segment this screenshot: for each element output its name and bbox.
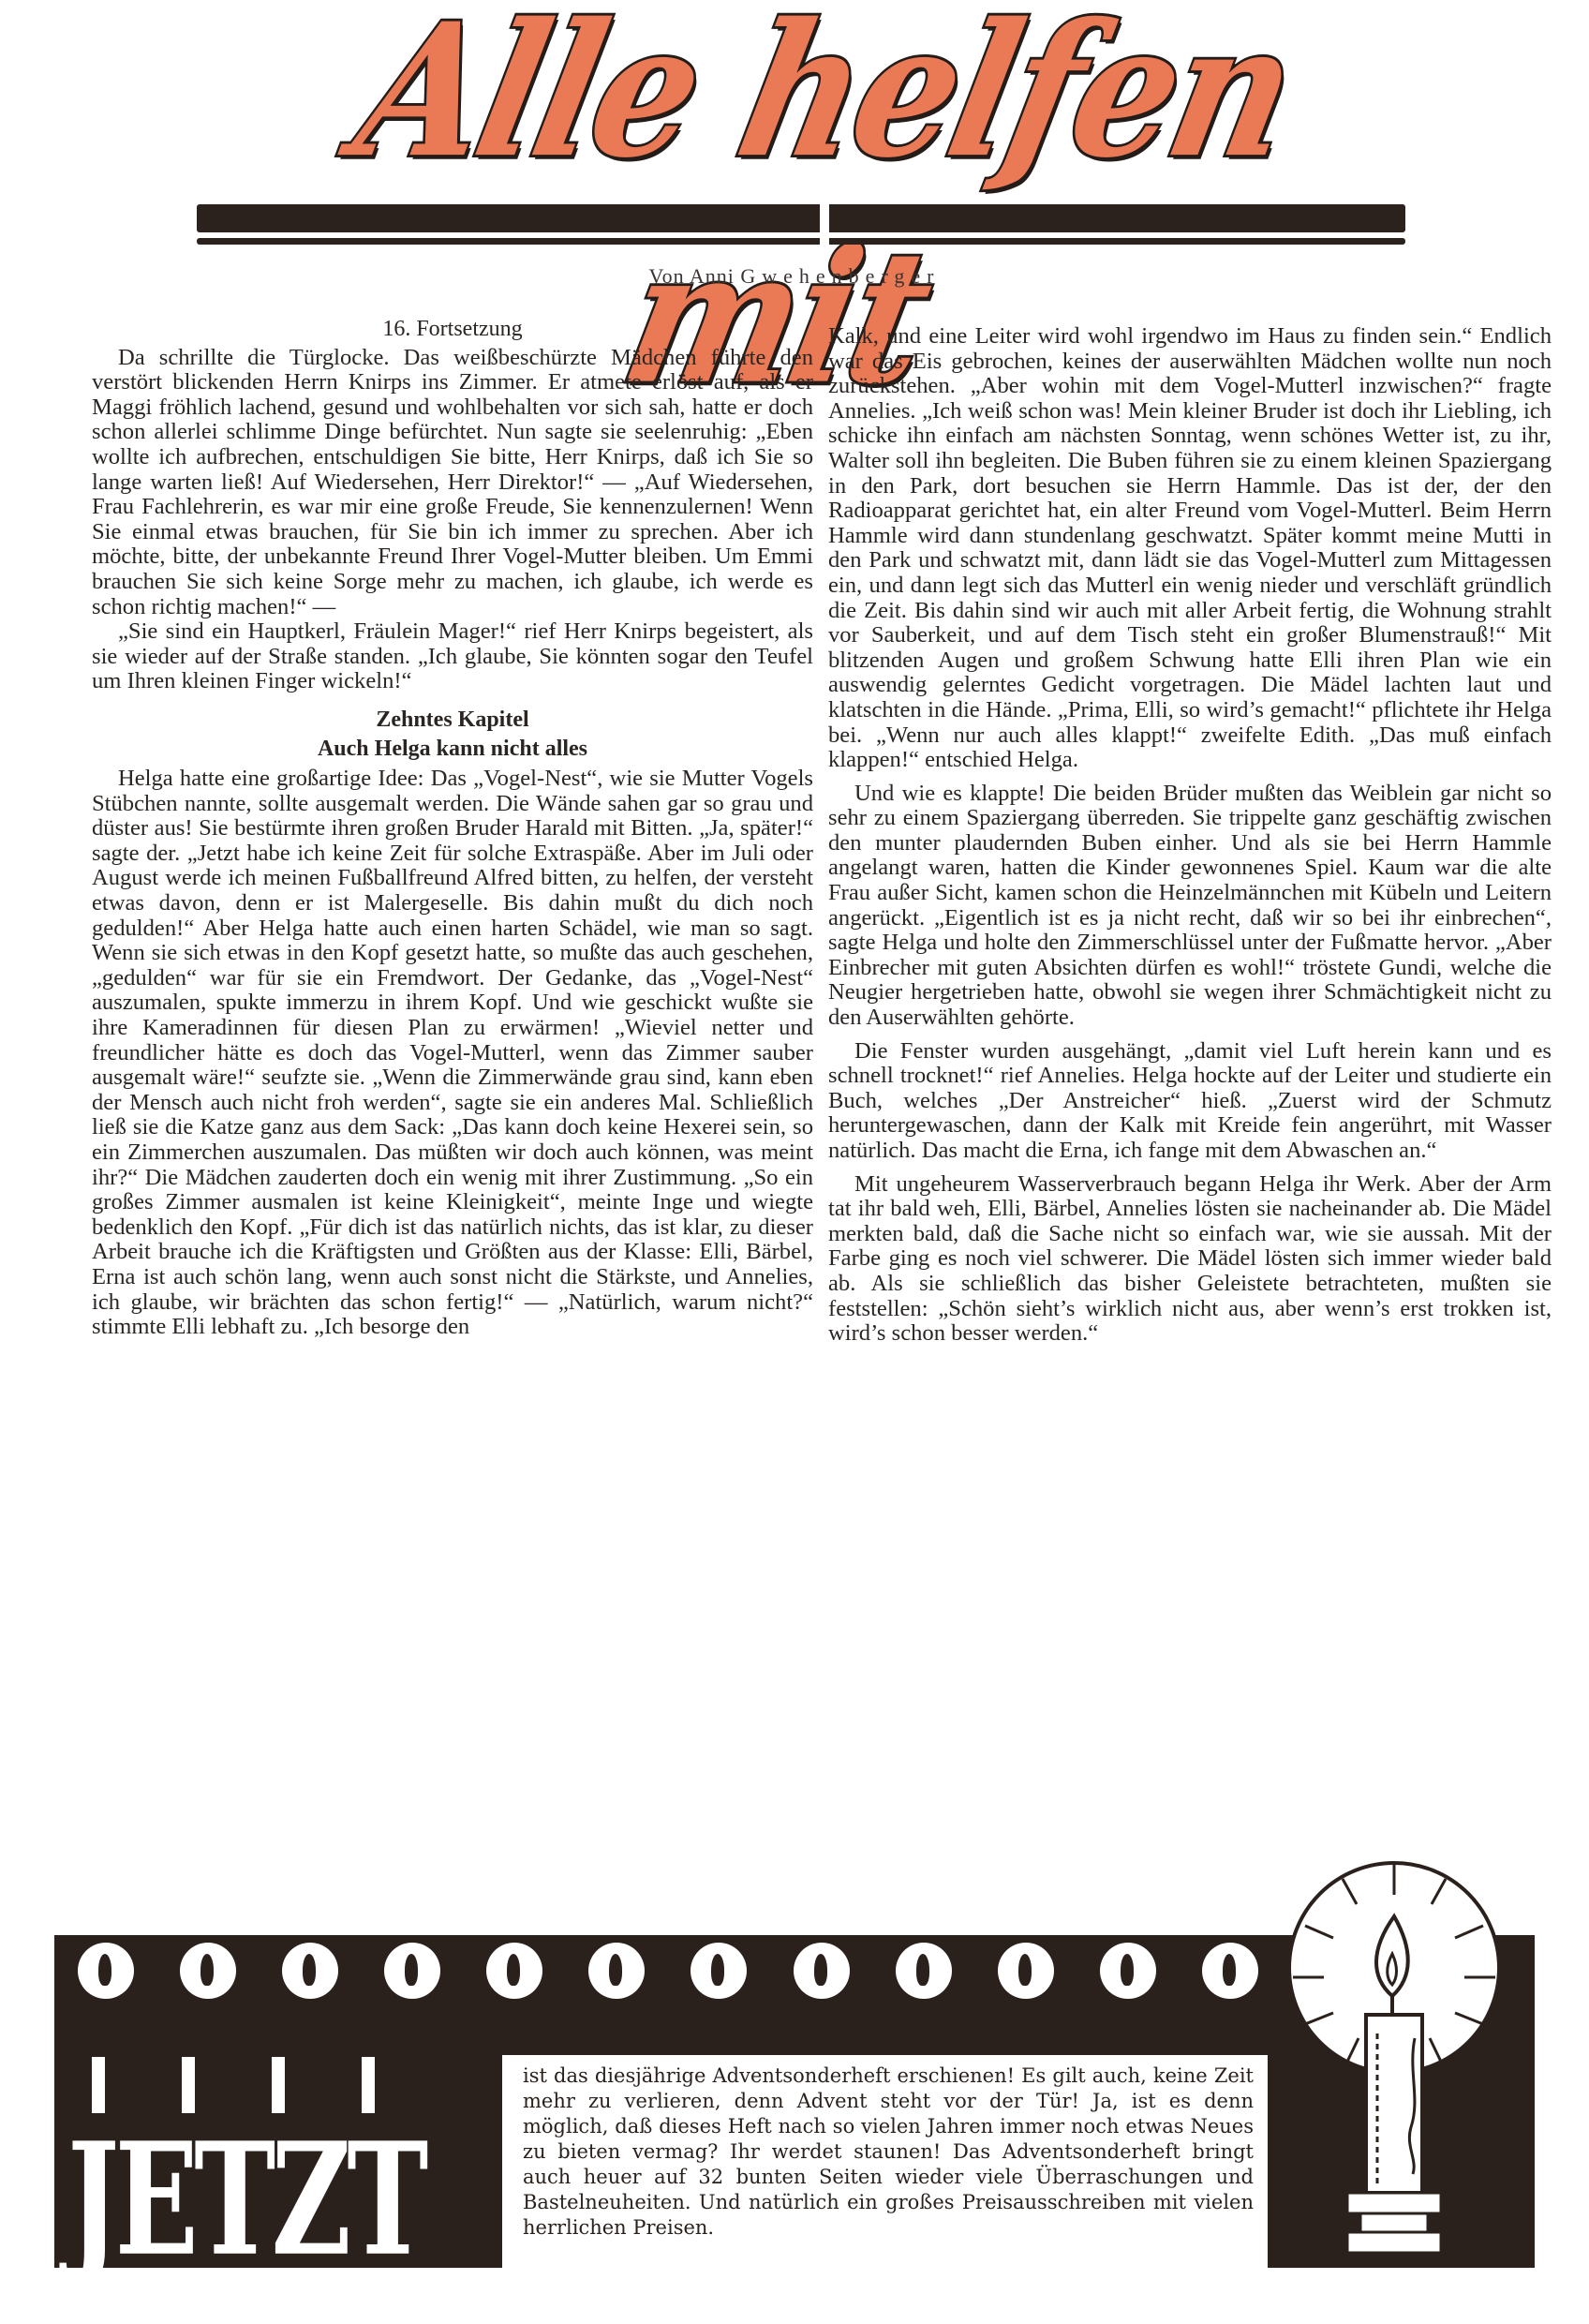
candle-flame-icon bbox=[789, 1935, 854, 2019]
candle-flame-icon bbox=[379, 1935, 445, 2019]
candle-flame-icon bbox=[482, 1935, 547, 2019]
paragraph: Und wie es klappte! Die beiden Brüder mu… bbox=[828, 782, 1552, 1031]
continuation-label: 16. Fortsetzung bbox=[92, 317, 813, 342]
ad-body: ist das diesjährige Adventsonderheft ers… bbox=[523, 2063, 1254, 2241]
candle-flame-icon bbox=[73, 1935, 139, 2019]
chapter-title: Zehntes Kapitel bbox=[92, 708, 813, 733]
candle-flame-icon bbox=[1095, 1935, 1161, 2019]
candle-flame-icon bbox=[175, 1935, 241, 2019]
ad-headline: JETZT bbox=[67, 2123, 400, 2277]
candle-flame-icon bbox=[1197, 1935, 1263, 2019]
paragraph: Kalk, und eine Leiter wird wohl irgendwo… bbox=[828, 324, 1552, 773]
title-underline-thin bbox=[197, 238, 1405, 245]
chapter-subtitle: Auch Helga kann nicht alles bbox=[92, 737, 813, 762]
candle-flame-icon bbox=[686, 1935, 751, 2019]
title-underline-gap bbox=[820, 195, 829, 261]
paragraph: Mit ungeheurem Wasserverbrauch begann He… bbox=[828, 1172, 1552, 1347]
article-right-column: Kalk, und eine Leiter wird wohl irgendwo… bbox=[828, 324, 1552, 1347]
title-underline-bar bbox=[197, 204, 1405, 232]
paragraph: Da schrillte die Türglocke. Das weißbesc… bbox=[92, 346, 813, 620]
candle-row-icon bbox=[73, 1935, 1263, 2019]
large-candle-icon bbox=[1282, 1837, 1507, 2268]
byline-author: Gwehenberger bbox=[740, 264, 940, 288]
candle-flame-icon bbox=[891, 1935, 957, 2019]
article-left-column: 16. Fortsetzung Da schrillte die Türgloc… bbox=[92, 317, 813, 1340]
paragraph: Die Fenster wurden ausgehängt, „damit vi… bbox=[828, 1039, 1552, 1164]
candle-flame-icon bbox=[277, 1935, 343, 2019]
byline-prefix: Von Anni bbox=[649, 264, 735, 288]
page-title: Alle helfen mit bbox=[197, 0, 1453, 204]
paragraph: Helga hatte eine großartige Idee: Das „V… bbox=[92, 767, 813, 1340]
title-banner: Alle helfen mit bbox=[197, 7, 1405, 261]
candle-sticks-icon bbox=[92, 2057, 467, 2113]
candle-flame-icon bbox=[584, 1935, 649, 2019]
candle-flame-icon bbox=[993, 1935, 1059, 2019]
advent-advertisement: JETZT ist das diesjährige Adventsonderhe… bbox=[54, 1898, 1535, 2268]
paragraph: „Sie sind ein Hauptkerl, Fräulein Mager!… bbox=[92, 619, 813, 694]
byline: Von Anni Gwehenberger bbox=[0, 264, 1589, 289]
